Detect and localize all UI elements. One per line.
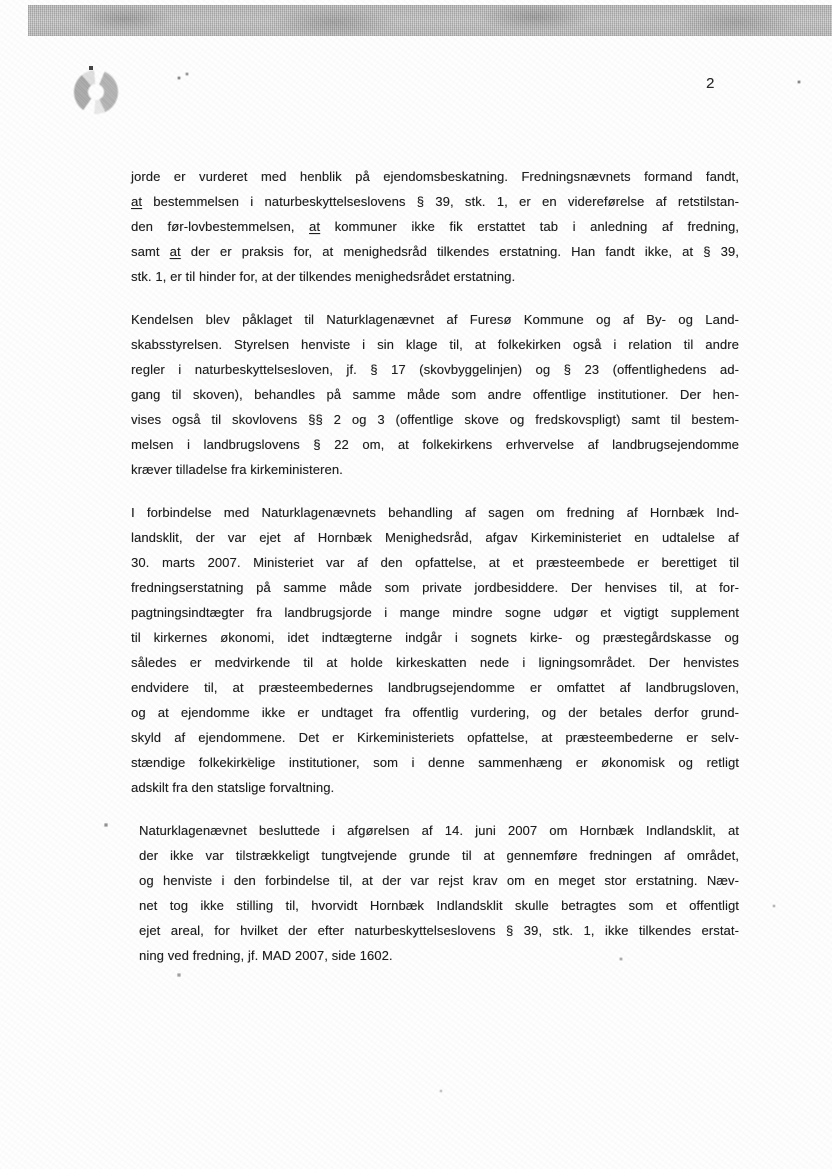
- text-line: net tog ikke stilling til, hvorvidt Horn…: [139, 893, 739, 918]
- text-line: landsklit, der var ejet af Hornbæk Menig…: [131, 525, 739, 550]
- text-line: samt at der er praksis for, at menigheds…: [131, 239, 739, 264]
- text-line: stændige folkekirkelige institutioner, s…: [131, 750, 739, 775]
- text-line: der ikke var tilstrækkeligt tungtvejende…: [139, 843, 739, 868]
- paragraph: I forbindelse med Naturklagenævnets beha…: [131, 500, 739, 800]
- underlined-text-segment: at: [131, 194, 142, 209]
- text-segment: gang til skoven), behandles på samme måd…: [131, 387, 739, 402]
- text-segment: og henviste i den forbindelse til, at de…: [139, 873, 739, 888]
- text-segment: Naturklagenævnet besluttede i afgørelsen…: [139, 823, 739, 838]
- paragraph: Naturklagenævnet besluttede i afgørelsen…: [131, 818, 739, 968]
- document-body: jorde er vurderet med henblik på ejendom…: [131, 164, 739, 986]
- text-segment: ning ved fredning, jf. MAD 2007, side 16…: [139, 948, 393, 963]
- text-segment: der ikke var tilstrækkeligt tungtvejende…: [139, 848, 739, 863]
- text-segment: I forbindelse med Naturklagenævnets beha…: [131, 505, 739, 520]
- text-line: I forbindelse med Naturklagenævnets beha…: [131, 500, 739, 525]
- text-segment: ejet areal, for hvilket der efter naturb…: [139, 923, 739, 938]
- text-line: kræver tilladelse fra kirkeministeren.: [131, 457, 739, 482]
- text-segment: adskilt fra den statslige forvaltning.: [131, 780, 334, 795]
- text-line: stk. 1, er til hinder for, at der tilken…: [131, 264, 739, 289]
- text-segment: melsen i landbrugslovens § 22 om, at fol…: [131, 437, 739, 452]
- text-segment: skabsstyrelsen. Styrelsen henviste i sin…: [131, 337, 739, 352]
- text-line: ning ved fredning, jf. MAD 2007, side 16…: [139, 943, 739, 968]
- text-line: således er medvirkende til at holde kirk…: [131, 650, 739, 675]
- text-line: ejet areal, for hvilket der efter naturb…: [139, 918, 739, 943]
- text-segment: bestemmelsen i naturbeskyttelseslovens §…: [142, 194, 739, 209]
- scan-noise-specks: [0, 0, 2, 2]
- text-line: den før-lovbestemmelsen, at kommuner ikk…: [131, 214, 739, 239]
- text-segment: kræver tilladelse fra kirkeministeren.: [131, 462, 343, 477]
- text-segment: landsklit, der var ejet af Hornbæk Menig…: [131, 530, 739, 545]
- text-line: til kirkernes økonomi, idet indtægterne …: [131, 625, 739, 650]
- scanned-document-page: 2 jorde er vurderet med henblik på ejend…: [0, 0, 832, 1169]
- text-line: regler i naturbeskyttelsesloven, jf. § 1…: [131, 357, 739, 382]
- text-segment: stændige folkekirkelige institutioner, s…: [131, 755, 739, 770]
- text-segment: stk. 1, er til hinder for, at der tilken…: [131, 269, 515, 284]
- text-segment: vises også til skovlovens §§ 2 og 3 (off…: [131, 412, 739, 427]
- text-line: skabsstyrelsen. Styrelsen henviste i sin…: [131, 332, 739, 357]
- underlined-text-segment: at: [309, 219, 320, 234]
- text-segment: skyld af ejendommene. Det er Kirkeminist…: [131, 730, 739, 745]
- text-line: melsen i landbrugslovens § 22 om, at fol…: [131, 432, 739, 457]
- paragraph: jorde er vurderet med henblik på ejendom…: [131, 164, 739, 289]
- text-line: gang til skoven), behandles på samme måd…: [131, 382, 739, 407]
- text-segment: pagtningsindtægter fra landbrugsjorde i …: [131, 605, 739, 620]
- text-segment: 30. marts 2007. Ministeriet var af den o…: [131, 555, 739, 570]
- text-segment: der er praksis for, at menighedsråd tilk…: [181, 244, 739, 259]
- underlined-text-segment: at: [170, 244, 181, 259]
- scan-artifact-band: [28, 5, 832, 36]
- text-segment: til kirkernes økonomi, idet indtægterne …: [131, 630, 739, 645]
- text-segment: således er medvirkende til at holde kirk…: [131, 655, 739, 670]
- stamp-smudge-icon: [72, 67, 120, 117]
- text-line: og henviste i den forbindelse til, at de…: [139, 868, 739, 893]
- text-segment: regler i naturbeskyttelsesloven, jf. § 1…: [131, 362, 739, 377]
- text-segment: endvidere til, at præsteembedernes landb…: [131, 680, 739, 695]
- text-segment: jorde er vurderet med henblik på ejendom…: [131, 169, 739, 184]
- text-segment: fredningserstatning på samme måde som pr…: [131, 580, 739, 595]
- text-segment: og at ejendomme ikke er undtaget fra off…: [131, 705, 739, 720]
- text-line: og at ejendomme ikke er undtaget fra off…: [131, 700, 739, 725]
- text-line: Kendelsen blev påklaget til Naturklagenæ…: [131, 307, 739, 332]
- text-line: skyld af ejendommene. Det er Kirkeminist…: [131, 725, 739, 750]
- text-line: adskilt fra den statslige forvaltning.: [131, 775, 739, 800]
- text-line: Naturklagenævnet besluttede i afgørelsen…: [139, 818, 739, 843]
- text-line: 30. marts 2007. Ministeriet var af den o…: [131, 550, 739, 575]
- text-line: pagtningsindtægter fra landbrugsjorde i …: [131, 600, 739, 625]
- text-segment: Kendelsen blev påklaget til Naturklagenæ…: [131, 312, 739, 327]
- text-line: at bestemmelsen i naturbeskyttelsesloven…: [131, 189, 739, 214]
- paragraph: Kendelsen blev påklaget til Naturklagenæ…: [131, 307, 739, 482]
- text-segment: kommuner ikke fik erstattet tab i anledn…: [320, 219, 739, 234]
- text-line: jorde er vurderet med henblik på ejendom…: [131, 164, 739, 189]
- text-line: endvidere til, at præsteembedernes landb…: [131, 675, 739, 700]
- page-number: 2: [706, 75, 714, 92]
- text-segment: samt: [131, 244, 170, 259]
- text-line: vises også til skovlovens §§ 2 og 3 (off…: [131, 407, 739, 432]
- text-segment: den før-lovbestemmelsen,: [131, 219, 309, 234]
- text-segment: net tog ikke stilling til, hvorvidt Horn…: [139, 898, 739, 913]
- text-line: fredningserstatning på samme måde som pr…: [131, 575, 739, 600]
